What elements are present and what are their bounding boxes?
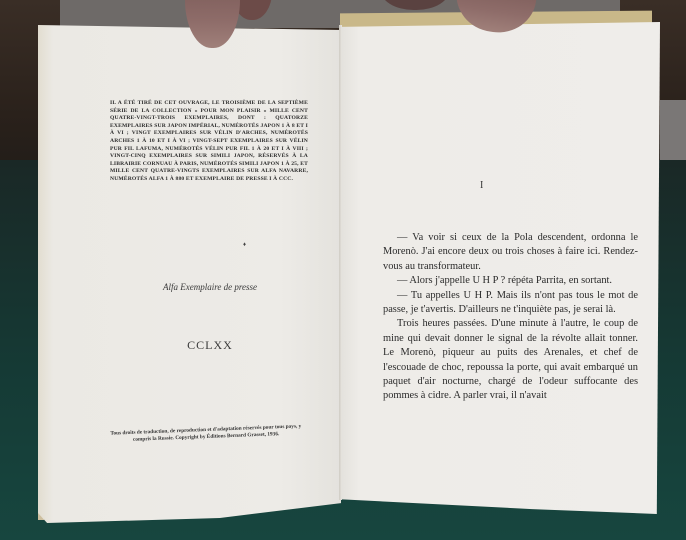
press-copy-label: Alfa Exemplaire de presse — [100, 282, 320, 292]
chapter-number: I — [480, 180, 483, 191]
paragraph: Trois heures passées. D'une minute à l'a… — [383, 317, 638, 403]
book-gutter — [339, 25, 342, 500]
colophon-text: Il a été tiré de cet ouvrage, le troisiè… — [110, 100, 308, 184]
paragraph: — Va voir si ceux de la Pola descendent,… — [383, 231, 638, 274]
paragraph: — Alors j'appelle U H P ? répéta Parrita… — [383, 274, 638, 288]
background-wall-right — [660, 100, 686, 160]
chapter-body: — Va voir si ceux de la Pola descendent,… — [383, 231, 638, 404]
copy-number: CCLXX — [100, 338, 320, 353]
paragraph: — Tu appelles U H P. Mais ils n'ont pas … — [383, 289, 638, 318]
colophon-ornament: ♦ — [243, 242, 246, 248]
